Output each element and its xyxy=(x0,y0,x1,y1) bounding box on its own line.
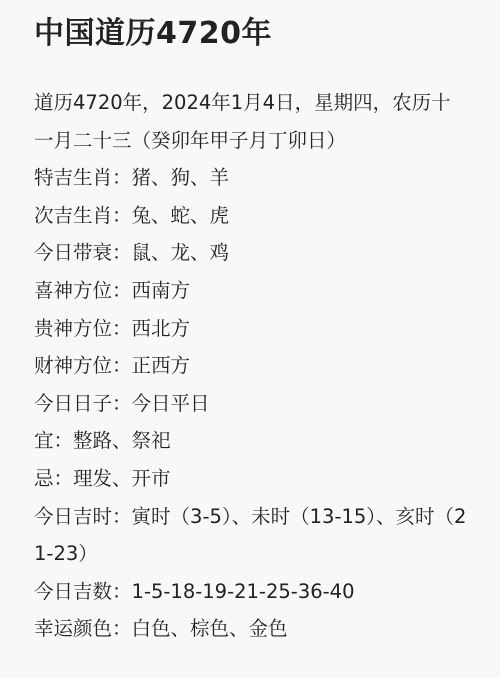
row-noble-god-direction: 贵神方位：西北方 xyxy=(34,310,470,348)
row-special-lucky-zodiac: 特吉生肖：猪、狗、羊 xyxy=(34,159,470,197)
almanac-body: 道历4720年，2024年1月4日，星期四，农历十一月二十三（癸卯年甲子月丁卯日… xyxy=(34,84,500,648)
row-label: 幸运颜色 xyxy=(34,617,112,640)
row-lucky-hours: 今日吉时：寅时（3-5）、未时（13-15）、亥时（21-23） xyxy=(34,498,470,573)
page-title: 中国道历4720年 xyxy=(34,0,500,56)
row-separator: ： xyxy=(112,241,132,264)
row-value: 理发、开市 xyxy=(73,467,171,490)
row-value: 正西方 xyxy=(132,354,191,377)
row-unlucky-zodiac: 今日带衰：鼠、龙、鸡 xyxy=(34,234,470,272)
row-value: 兔、蛇、虎 xyxy=(132,204,230,227)
row-label: 忌 xyxy=(34,467,54,490)
row-avoid: 忌：理发、开市 xyxy=(34,460,470,498)
row-label: 财神方位 xyxy=(34,354,112,377)
row-label: 今日吉数 xyxy=(34,580,112,603)
row-label: 今日吉时 xyxy=(34,505,112,528)
row-secondary-lucky-zodiac: 次吉生肖：兔、蛇、虎 xyxy=(34,197,470,235)
row-label: 今日带衰 xyxy=(34,241,112,264)
row-label: 次吉生肖 xyxy=(34,204,112,227)
row-value: 猪、狗、羊 xyxy=(132,166,230,189)
row-separator: ： xyxy=(112,166,132,189)
row-separator: ： xyxy=(54,467,74,490)
row-value: 白色、棕色、金色 xyxy=(132,617,288,640)
row-separator: ： xyxy=(112,204,132,227)
row-value: 1-5-18-19-21-25-36-40 xyxy=(132,580,355,603)
row-value: 整路、祭祀 xyxy=(73,429,171,452)
row-suitable: 宜：整路、祭祀 xyxy=(34,422,470,460)
row-lucky-colors: 幸运颜色：白色、棕色、金色 xyxy=(34,610,470,648)
row-separator: ： xyxy=(112,617,132,640)
row-label: 喜神方位 xyxy=(34,279,112,302)
row-joy-god-direction: 喜神方位：西南方 xyxy=(34,272,470,310)
row-lucky-numbers: 今日吉数：1-5-18-19-21-25-36-40 xyxy=(34,573,470,611)
row-label: 特吉生肖 xyxy=(34,166,112,189)
row-label: 贵神方位 xyxy=(34,317,112,340)
row-label: 宜 xyxy=(34,429,54,452)
row-separator: ： xyxy=(112,317,132,340)
row-label: 今日日子 xyxy=(34,392,112,415)
row-separator: ： xyxy=(112,580,132,603)
almanac-page: 中国道历4720年 道历4720年，2024年1月4日，星期四，农历十一月二十三… xyxy=(0,0,500,678)
row-separator: ： xyxy=(54,429,74,452)
row-separator: ： xyxy=(112,279,132,302)
row-day-type: 今日日子：今日平日 xyxy=(34,385,470,423)
row-value: 今日平日 xyxy=(132,392,210,415)
row-value: 西南方 xyxy=(132,279,191,302)
row-separator: ： xyxy=(112,392,132,415)
row-value: 西北方 xyxy=(132,317,191,340)
row-value: 鼠、龙、鸡 xyxy=(132,241,230,264)
row-separator: ： xyxy=(112,505,132,528)
row-separator: ： xyxy=(112,354,132,377)
date-intro: 道历4720年，2024年1月4日，星期四，农历十一月二十三（癸卯年甲子月丁卯日… xyxy=(34,84,470,159)
row-wealth-god-direction: 财神方位：正西方 xyxy=(34,347,470,385)
